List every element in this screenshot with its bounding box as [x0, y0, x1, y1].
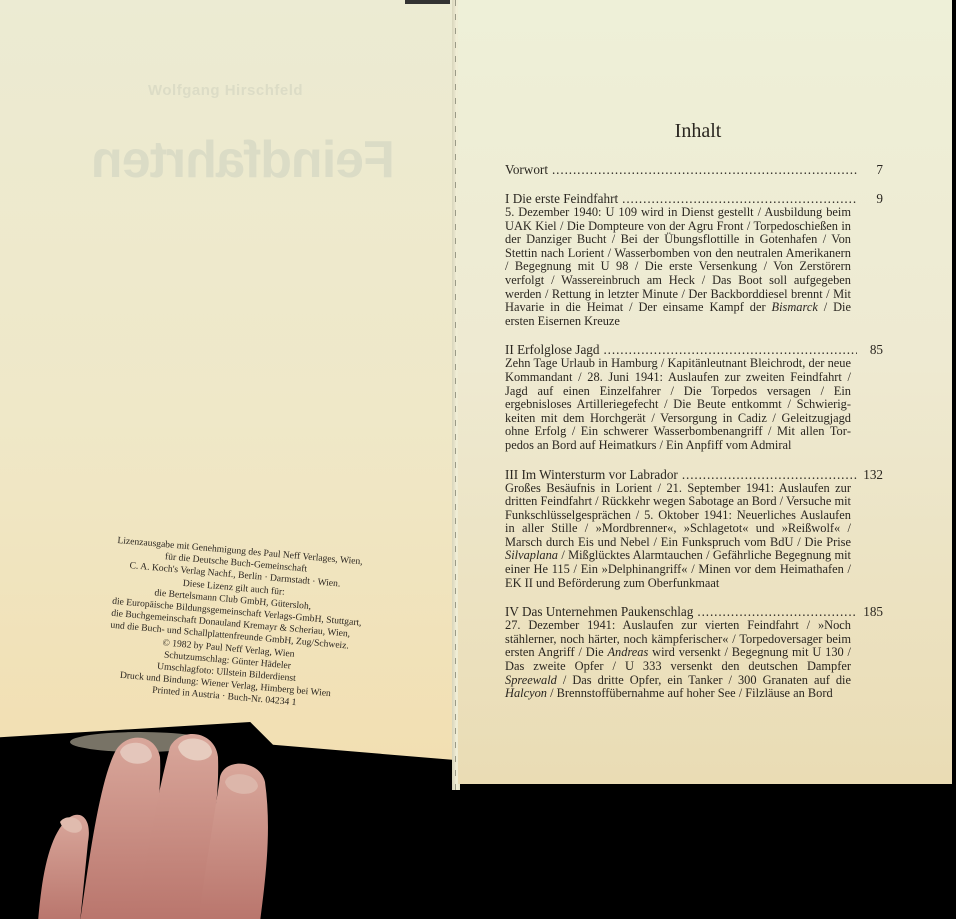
toc-entry-label: II Erfolglose Jagd [505, 342, 599, 357]
toc-entry-label: III Im Wintersturm vor Labrador [505, 467, 678, 482]
toc-entry-chapter-4[interactable]: IV Das Unternehmen Paukenschlag 185 [505, 604, 883, 619]
leader-dots [682, 467, 857, 482]
toc-chapter: I Die erste Feindfahrt 9 5. Dezember 194… [505, 191, 883, 328]
ship-name: Andreas [607, 645, 648, 659]
toc-page-number: 7 [861, 162, 883, 177]
toc-page-number: 85 [861, 342, 883, 357]
toc-entry-label: I Die erste Feindfahrt [505, 191, 618, 206]
ship-name: Halcyon [505, 686, 547, 700]
table-of-contents: Vorwort 7 I Die erste Feindfahrt 9 5. De… [505, 162, 883, 701]
summary-text: 5. Dezember 1940: U 109 wird in Dienst g… [505, 205, 851, 314]
toc-entry-vorwort[interactable]: Vorwort 7 [505, 162, 883, 177]
ship-name: Spreewald [505, 673, 557, 687]
toc-entry-chapter-1[interactable]: I Die erste Feindfahrt 9 [505, 191, 883, 206]
show-through-author: Wolfgang Hirschfeld [148, 82, 303, 99]
hand-holding-page [20, 722, 280, 919]
chapter-summary: Zehn Tage Urlaub in Hamburg / Kapitänleu… [505, 357, 851, 452]
toc-page-number: 132 [861, 467, 883, 482]
toc-entry-chapter-3[interactable]: III Im Wintersturm vor Labrador 132 [505, 467, 883, 482]
ship-name: Bismarck [772, 300, 818, 314]
toc-chapter: II Erfolglose Jagd 85 Zehn Tage Urlaub i… [505, 342, 883, 452]
chapter-summary: 5. Dezember 1940: U 109 wird in Dienst g… [505, 206, 851, 328]
summary-text: / Das dritte Opfer, ein Tanker / 300 Gra… [557, 673, 851, 687]
toc-entry-label: Vorwort [505, 162, 548, 177]
leader-dots [552, 162, 857, 177]
page-edge [405, 0, 450, 4]
toc-page-number: 9 [861, 191, 883, 206]
ship-name: Silvaplana [505, 548, 558, 562]
show-through-title: Feindfahrten [92, 130, 395, 190]
left-page: Wolfgang Hirschfeld Feindfahrten Lizenza… [0, 0, 455, 760]
leader-dots [622, 191, 857, 206]
toc-page-number: 185 [861, 604, 883, 619]
chapter-summary: 27. Dezember 1941: Auslaufen zur vierten… [505, 619, 851, 701]
leader-dots [603, 342, 857, 357]
summary-text: Großes Besäufnis in Lorient / 21. Septem… [505, 481, 851, 549]
summary-text: Zehn Tage Urlaub in Hamburg / Kapitänleu… [505, 356, 851, 452]
toc-chapter: III Im Wintersturm vor Labrador 132 Groß… [505, 467, 883, 591]
imprint-block: Lizenzausgabe mit Genehmigung des Paul N… [104, 535, 357, 714]
leader-dots [697, 604, 857, 619]
toc-entry-chapter-2[interactable]: II Erfolglose Jagd 85 [505, 342, 883, 357]
chapter-summary: Großes Besäufnis in Lorient / 21. Septem… [505, 482, 851, 591]
toc-chapter: IV Das Unternehmen Paukenschlag 185 27. … [505, 604, 883, 701]
toc-entry-label: IV Das Unternehmen Paukenschlag [505, 604, 693, 619]
summary-text: / Brennstoffübernahme auf hoher See / Fi… [547, 686, 833, 700]
toc-title: Inhalt [458, 120, 938, 143]
